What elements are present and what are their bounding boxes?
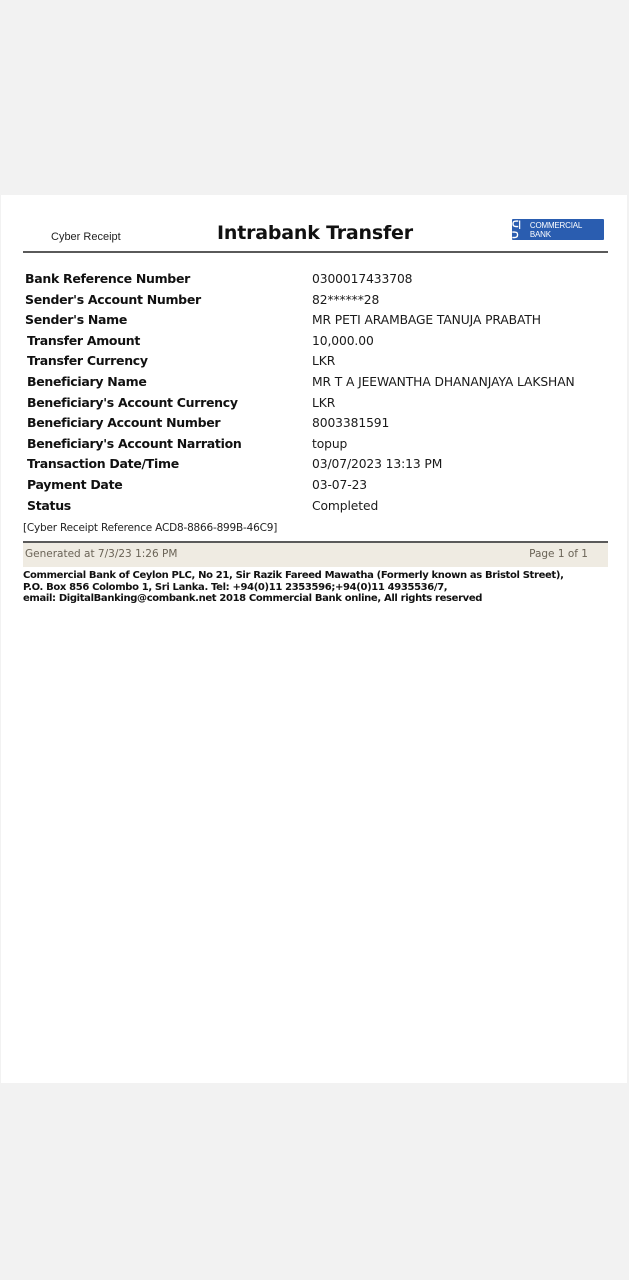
detail-value: LKR [312, 351, 335, 371]
generated-bar: Generated at 7/3/23 1:26 PM Page 1 of 1 [23, 541, 608, 567]
receipt-title: Intrabank Transfer [217, 222, 413, 244]
footer-address-line: Commercial Bank of Ceylon PLC, No 21, Si… [23, 570, 608, 582]
detail-value: 82******28 [312, 290, 379, 310]
bank-footer: Commercial Bank of Ceylon PLC, No 21, Si… [23, 570, 608, 605]
detail-value: topup [312, 434, 347, 454]
detail-label: Beneficiary Account Number [27, 413, 220, 433]
generated-timestamp: Generated at 7/3/23 1:26 PM [25, 548, 177, 560]
receipt-header: Cyber Receipt Intrabank Transfer ᑕ|ᑐ COM… [23, 195, 608, 253]
detail-row: Transfer Amount 10,000.00 [23, 331, 608, 352]
detail-value: 03-07-23 [312, 475, 367, 495]
detail-row: Transfer Currency LKR [23, 351, 608, 372]
detail-row: Bank Reference Number 0300017433708 [23, 269, 608, 290]
detail-label: Status [27, 496, 71, 516]
detail-label: Beneficiary's Account Currency [27, 393, 238, 413]
detail-label: Transfer Amount [27, 331, 140, 351]
detail-row: Status Completed [23, 496, 608, 517]
footer-copyright-line: email: DigitalBanking@combank.net 2018 C… [23, 593, 608, 605]
status-value: Completed [312, 496, 378, 516]
detail-row: Beneficiary Name MR T A JEEWANTHA DHANAN… [23, 372, 608, 393]
detail-row: Transaction Date/Time 03/07/2023 13:13 P… [23, 454, 608, 475]
detail-label: Sender's Account Number [25, 290, 201, 310]
detail-row: Sender's Name MR PETI ARAMBAGE TANUJA PR… [23, 310, 608, 331]
detail-row: Beneficiary's Account Currency LKR [23, 393, 608, 414]
detail-label: Sender's Name [25, 310, 127, 330]
detail-label: Beneficiary's Account Narration [27, 434, 241, 454]
cyber-receipt-reference: [Cyber Receipt Reference ACD8-8866-899B-… [23, 522, 277, 534]
commercial-bank-logo-icon: ᑕ|ᑐ [512, 219, 527, 241]
page-indicator: Page 1 of 1 [529, 548, 588, 560]
detail-row: Sender's Account Number 82******28 [23, 290, 608, 311]
footer-contact-line: P.O. Box 856 Colombo 1, Sri Lanka. Tel: … [23, 582, 608, 594]
commercial-bank-logo: ᑕ|ᑐ COMMERCIAL BANK [512, 219, 604, 240]
detail-value: 03/07/2023 13:13 PM [312, 454, 442, 474]
detail-row: Payment Date 03-07-23 [23, 475, 608, 496]
detail-label: Transaction Date/Time [27, 454, 179, 474]
receipt-subtitle: Cyber Receipt [51, 231, 121, 243]
detail-label: Transfer Currency [27, 351, 148, 371]
logo-text: COMMERCIAL BANK [530, 221, 604, 239]
detail-value: 0300017433708 [312, 269, 412, 289]
detail-value: MR T A JEEWANTHA DHANANJAYA LAKSHAN [312, 372, 575, 392]
detail-label: Payment Date [27, 475, 122, 495]
detail-label: Bank Reference Number [25, 269, 190, 289]
detail-value: 8003381591 [312, 413, 389, 433]
detail-value: 10,000.00 [312, 331, 374, 351]
transfer-details: Bank Reference Number 0300017433708 Send… [23, 269, 608, 516]
detail-label: Beneficiary Name [27, 372, 147, 392]
detail-value: MR PETI ARAMBAGE TANUJA PRABATH [312, 310, 541, 330]
receipt-page: Cyber Receipt Intrabank Transfer ᑕ|ᑐ COM… [1, 195, 627, 1083]
detail-row: Beneficiary's Account Narration topup [23, 434, 608, 455]
detail-row: Beneficiary Account Number 8003381591 [23, 413, 608, 434]
detail-value: LKR [312, 393, 335, 413]
